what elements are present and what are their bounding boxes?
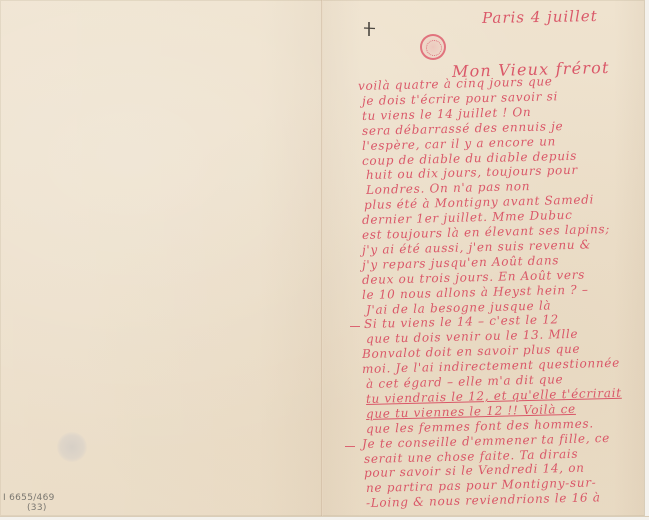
- red-library-stamp-icon: [420, 34, 446, 60]
- margin-dash: [345, 446, 355, 447]
- margin-dash: [350, 326, 360, 327]
- catalog-number: Ⅰ 6655/469: [3, 493, 55, 503]
- center-fold: [321, 0, 323, 516]
- stamp-inner-ring: [426, 40, 442, 56]
- blind-stamp-icon: [57, 432, 87, 462]
- catalog-folio: (33): [3, 503, 55, 513]
- left-page-blank: [0, 0, 322, 516]
- dateline: Paris 4 juillet: [482, 7, 598, 27]
- catalog-mark: Ⅰ 6655/469 (33): [3, 493, 55, 513]
- scan-bottom-edge: [0, 516, 649, 520]
- letter-sheet: Paris 4 juillet Mon Vieux frérot voilà q…: [0, 0, 646, 516]
- scan-right-edge: [644, 0, 649, 520]
- pencil-cross-icon: [363, 22, 375, 36]
